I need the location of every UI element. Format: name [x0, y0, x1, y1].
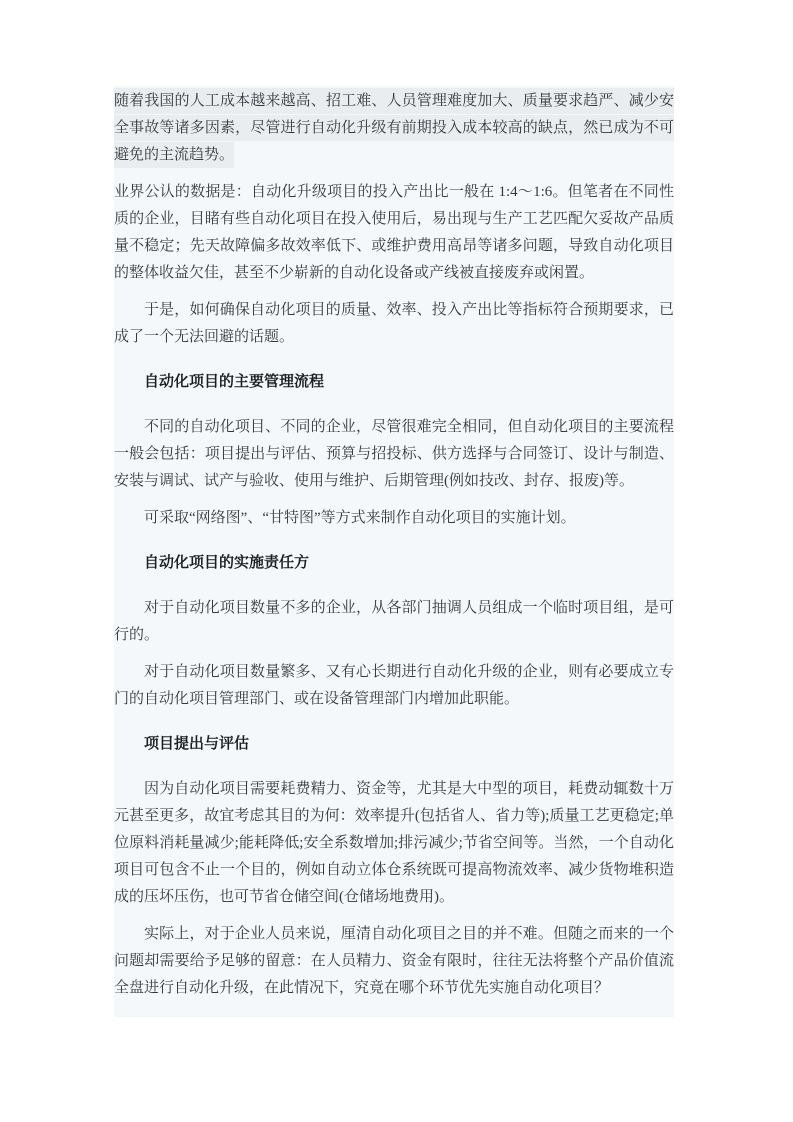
paragraph-temporary-team: 对于自动化项目数量不多的企业，从各部门抽调人员组成一个临时项目组，是可行的。 [114, 595, 674, 649]
paragraph-industry-data: 业界公认的数据是：自动化升级项目的投入产出比一般在 1:4～1:6。但笔者在不同… [114, 179, 674, 287]
paragraph-priority-question: 实际上，对于企业人员来说，厘清自动化项目之目的并不难。但随之而来的一个问题却需要… [114, 921, 674, 1002]
paragraph-process-steps: 不同的自动化项目、不同的企业，尽管很难完全相同，但自动化项目的主要流程一般会包括… [114, 414, 674, 495]
paragraph-intro-highlighted: 随着我国的人工成本越来越高、招工难、人员管理难度加大、质量要求趋严、减少安全事故… [114, 88, 674, 169]
highlighted-text: 随着我国的人工成本越来越高、招工难、人员管理难度加大、质量要求趋严、减少安全事故… [114, 88, 674, 168]
paragraph-dedicated-department: 对于自动化项目数量繁多、又有心长期进行自动化升级的企业，则有必要成立专门的自动化… [114, 659, 674, 713]
article-body: 随着我国的人工成本越来越高、招工难、人员管理难度加大、质量要求趋严、减少安全事故… [114, 86, 674, 1017]
section-heading-project-proposal: 项目提出与评估 [114, 731, 674, 758]
paragraph-topic-statement: 于是，如何确保自动化项目的质量、效率、投入产出比等指标符合预期要求，已成了一个无… [114, 297, 674, 351]
page: { "document": { "colors": { "page_backgr… [0, 0, 793, 1122]
paragraph-planning-methods: 可采取“网络图”、“甘特图”等方式来制作自动化项目的实施计划。 [114, 505, 674, 532]
paragraph-project-goals: 因为自动化项目需要耗费精力、资金等，尤其是大中型的项目，耗费动辄数十万元甚至更多… [114, 776, 674, 911]
section-heading-responsible-party: 自动化项目的实施责任方 [114, 550, 674, 577]
section-heading-management-process: 自动化项目的主要管理流程 [114, 369, 674, 396]
